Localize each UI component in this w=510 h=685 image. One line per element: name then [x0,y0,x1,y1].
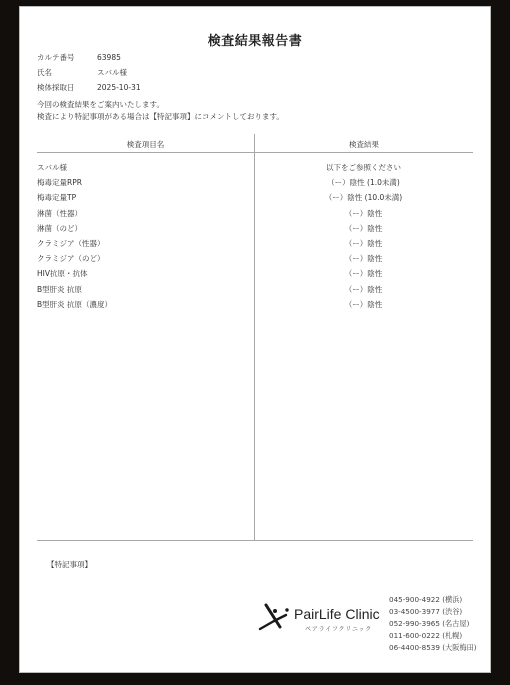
clinic-name-kana: ペアライフクリニック [305,624,372,633]
item-name: B型肝炎 抗原（濃度） [37,299,254,310]
clinic-logo: PairLife Clinic ペアライフクリニック [258,601,383,635]
item-result: （ー）陰性 [254,208,473,219]
intro-line: 今回の検査結果をご案内いたします。 [37,99,284,111]
meta-label: カルテ番号 [37,52,97,63]
meta-value: 63985 [97,53,121,62]
contact-phone: 011-600-0222 (札幌) [389,630,477,642]
item-name: B型肝炎 抗原 [37,284,254,295]
header-divider [37,152,473,153]
item-result: （ー）陰性 (1.0未満) [254,177,473,188]
table-row: 淋菌（のど） （ー）陰性 [37,221,473,236]
contact-phone: 045-900-4922 (横浜) [389,594,477,606]
item-name: HIV抗原・抗体 [37,268,254,279]
contact-phone: 06-4400-8539 (大阪梅田) [389,642,477,654]
intro-line: 検査により特記事項がある場合は【特記事項】にコメントしております。 [37,111,284,123]
item-result: （ー）陰性 [254,238,473,249]
column-header-item: 検査項目名 [37,139,254,150]
clinic-contacts: 045-900-4922 (横浜) 03-4500-3977 (渋谷) 052-… [389,594,477,654]
table-row: クラミジア（性器） （ー）陰性 [37,236,473,251]
table-row: クラミジア（のど） （ー）陰性 [37,251,473,266]
item-result: 以下をご参照ください [254,162,473,173]
document-title: 検査結果報告書 [20,30,490,49]
item-name: クラミジア（のど） [37,253,254,264]
table-row: 梅毒定量TP （ー）陰性 (10.0未満) [37,190,473,205]
clinic-name: PairLife Clinic [294,606,380,622]
patient-meta: カルテ番号 63985 氏名 スバル様 検体採取日 2025-10-31 [37,50,141,95]
item-name: 梅毒定量TP [37,192,254,203]
table-row: B型肝炎 抗原（濃度） （ー）陰性 [37,297,473,312]
intro-text: 今回の検査結果をご案内いたします。 検査により特記事項がある場合は【特記事項】に… [37,99,284,123]
item-name: 梅毒定量RPR [37,177,254,188]
table-row: 梅毒定量RPR （ー）陰性 (1.0未満) [37,175,473,190]
pairlife-figure-icon [258,601,294,635]
table-row: HIV抗原・抗体 （ー）陰性 [37,266,473,281]
item-result: （ー）陰性 [254,268,473,279]
contact-phone: 052-990-3965 (名古屋) [389,618,477,630]
table-bottom-border [37,540,473,541]
item-name: 淋菌（性器） [37,208,254,219]
item-name: 淋菌（のど） [37,223,254,234]
item-result: （ー）陰性 [254,253,473,264]
results-table: 検査項目名 検査結果 スバル様 以下をご参照ください 梅毒定量RPR （ー）陰性… [37,134,473,541]
meta-label: 検体採取日 [37,82,97,93]
item-name: スバル様 [37,162,254,173]
report-page: 検査結果報告書 カルテ番号 63985 氏名 スバル様 検体採取日 2025-1… [20,7,490,672]
table-row: B型肝炎 抗原 （ー）陰性 [37,282,473,297]
item-name: クラミジア（性器） [37,238,254,249]
item-result: （ー）陰性 (10.0未満) [254,192,473,203]
column-header-result: 検査結果 [255,139,473,150]
meta-row-sample-date: 検体採取日 2025-10-31 [37,80,141,95]
item-result: （ー）陰性 [254,299,473,310]
item-result: （ー）陰性 [254,284,473,295]
special-notes-label: 【特記事項】 [47,559,92,570]
meta-row-chart-number: カルテ番号 63985 [37,50,141,65]
item-result: （ー）陰性 [254,223,473,234]
meta-value: 2025-10-31 [97,83,141,92]
contact-phone: 03-4500-3977 (渋谷) [389,606,477,618]
meta-label: 氏名 [37,67,97,78]
meta-row-name: 氏名 スバル様 [37,65,141,80]
meta-value: スバル様 [97,67,127,78]
table-row: 淋菌（性器） （ー）陰性 [37,206,473,221]
table-row: スバル様 以下をご参照ください [37,160,473,175]
table-body: スバル様 以下をご参照ください 梅毒定量RPR （ー）陰性 (1.0未満) 梅毒… [37,160,473,312]
